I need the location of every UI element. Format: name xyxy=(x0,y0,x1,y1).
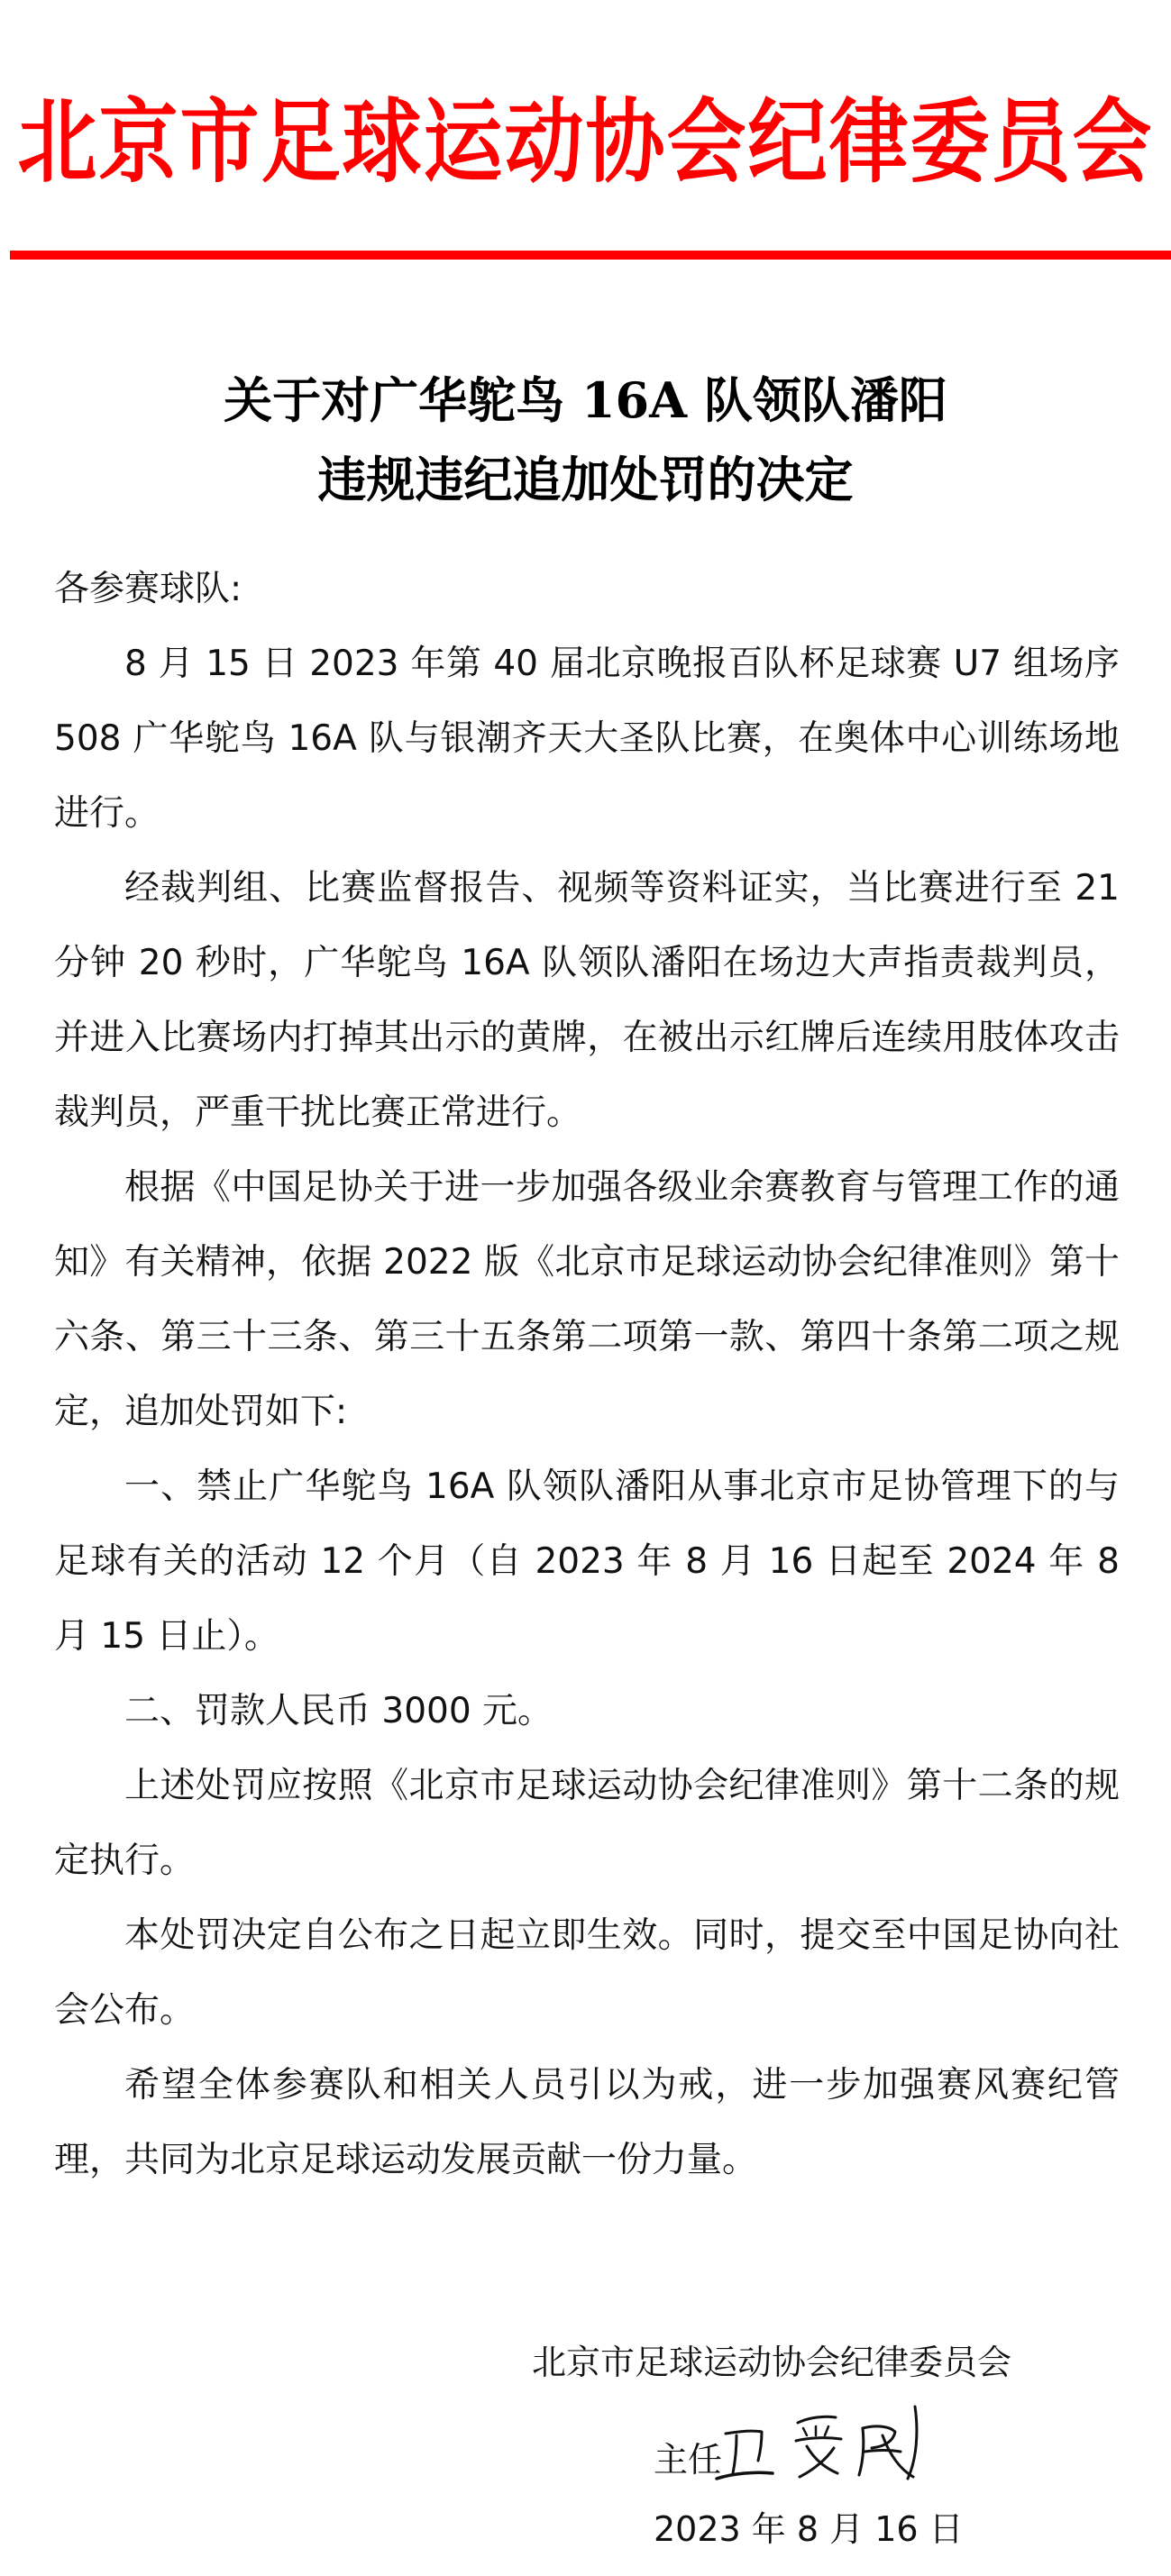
document-title-line-1: 关于对广华鸵鸟 16A 队领队潘阳 xyxy=(0,361,1171,440)
document-title: 关于对广华鸵鸟 16A 队领队潘阳 违规违纪追加处罚的决定 xyxy=(0,361,1171,519)
paragraph-closing: 希望全体参赛队和相关人员引以为戒，进一步加强赛风赛纪管理，共同为北京足球运动发展… xyxy=(54,2048,1120,2197)
signature-date: 2023 年 8 月 16 日 xyxy=(654,2501,964,2551)
salutation: 各参赛球队: xyxy=(54,552,1120,626)
document-body: 各参赛球队: 8 月 15 日 2023 年第 40 届北京晚报百队杯足球赛 U… xyxy=(54,552,1120,2197)
paragraph-effective: 本处罚决定自公布之日起立即生效。同时，提交至中国足协向社会公布。 xyxy=(54,1898,1120,2048)
paragraph-penalty-ban: 一、禁止广华鸵鸟 16A 队领队潘阳从事北京市足协管理下的与足球有关的活动 12… xyxy=(54,1449,1120,1674)
document-title-line-2: 违规违纪追加处罚的决定 xyxy=(0,440,1171,519)
letterhead-organization: 北京市足球运动协会纪律委员会 xyxy=(0,79,1171,204)
signature-organization: 北京市足球运动协会纪律委员会 xyxy=(532,2334,1011,2384)
paragraph-legal-basis: 根据《中国足协关于进一步加强各级业余赛教育与管理工作的通知》有关精神，依据 20… xyxy=(54,1150,1120,1449)
paragraph-incident: 经裁判组、比赛监督报告、视频等资料证实，当比赛进行至 21 分钟 20 秒时，广… xyxy=(54,851,1120,1150)
letterhead-red-rule xyxy=(10,251,1171,260)
handwritten-signature-icon xyxy=(709,2396,980,2495)
paragraph-match-info: 8 月 15 日 2023 年第 40 届北京晚报百队杯足球赛 U7 组场序 5… xyxy=(54,626,1120,851)
paragraph-execution: 上述处罚应按照《北京市足球运动协会纪律准则》第十二条的规定执行。 xyxy=(54,1749,1120,1898)
signature-title-row: 主任 xyxy=(654,2396,1032,2495)
paragraph-penalty-fine: 二、罚款人民币 3000 元。 xyxy=(54,1674,1120,1749)
